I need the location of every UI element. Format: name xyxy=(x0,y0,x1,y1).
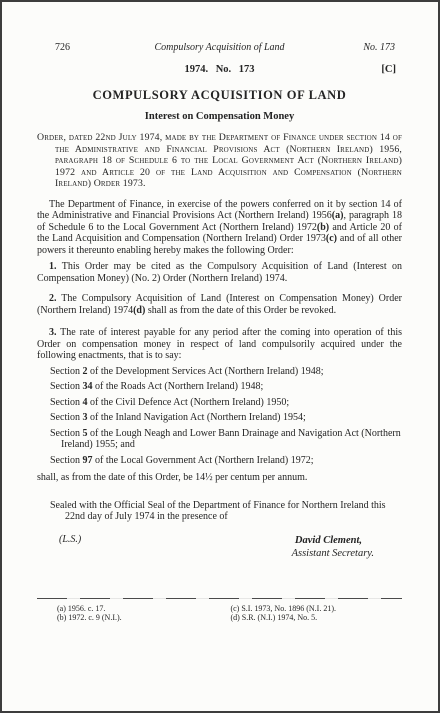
intro-paragraph: The Department of Finance, in exercise o… xyxy=(37,199,402,257)
main-title: COMPULSORY ACQUISITION OF LAND xyxy=(37,89,402,102)
preamble: Order, dated 22nd July 1974, made by the… xyxy=(55,132,402,190)
footnote-d: (d) S.R. (N.I.) 1974, No. 5. xyxy=(230,613,402,623)
subtitle: Interest on Compensation Money xyxy=(37,111,402,123)
footnote-c: (c) S.I. 1973, No. 1896 (N.I. 21). xyxy=(230,604,402,614)
footnotes: (a) 1956. c. 17. (b) 1972. c. 9 (N.I.). … xyxy=(37,604,402,623)
enactment-item-3: Section 4 of the Civil Defence Act (Nort… xyxy=(50,397,402,409)
footnote-column-right: (c) S.I. 1973, No. 1896 (N.I. 21). (d) S… xyxy=(230,604,402,623)
article-1: 1. This Order may be cited as the Compul… xyxy=(37,261,402,284)
enactment-item-5: Section 5 of the Lough Neagh and Lower B… xyxy=(50,428,402,451)
running-header: 726 Compulsory Acquisition of Land No. 1… xyxy=(37,42,402,54)
footnote-b: (b) 1972. c. 9 (N.I.). xyxy=(57,613,230,623)
signature-block: David Clement, Assistant Secretary. xyxy=(292,534,402,560)
footnote-rule xyxy=(37,598,402,599)
enactment-item-2: Section 34 of the Roads Act (Northern Ir… xyxy=(50,381,402,393)
seal-mark: (L.S.) xyxy=(59,534,81,546)
issue-row: 1974. No. 173 [C] xyxy=(37,64,402,76)
issue-line: 1974. No. 173 xyxy=(184,64,254,75)
classification-mark: [C] xyxy=(381,64,396,76)
closing-line: shall, as from the date of this Order, b… xyxy=(37,472,402,484)
signature-row: (L.S.) David Clement, Assistant Secretar… xyxy=(37,534,402,560)
signature-name: David Clement, xyxy=(292,534,362,547)
enactment-item-6: Section 97 of the Local Government Act (… xyxy=(50,455,402,467)
signature-title: Assistant Secretary. xyxy=(292,547,374,560)
article-3: 3. The rate of interest payable for any … xyxy=(37,327,402,362)
running-title: Compulsory Acquisition of Land xyxy=(37,42,402,54)
enactment-item-1: Section 2 of the Development Services Ac… xyxy=(50,366,402,378)
document-page: 726 Compulsory Acquisition of Land No. 1… xyxy=(0,0,440,713)
article-2: 2. The Compulsory Acquisition of Land (I… xyxy=(37,293,402,316)
sealing-paragraph: Sealed with the Official Seal of the Dep… xyxy=(65,500,402,523)
footnote-column-left: (a) 1956. c. 17. (b) 1972. c. 9 (N.I.). xyxy=(37,604,230,623)
enactment-item-4: Section 3 of the Inland Navigation Act (… xyxy=(50,412,402,424)
footnote-a: (a) 1956. c. 17. xyxy=(57,604,230,614)
